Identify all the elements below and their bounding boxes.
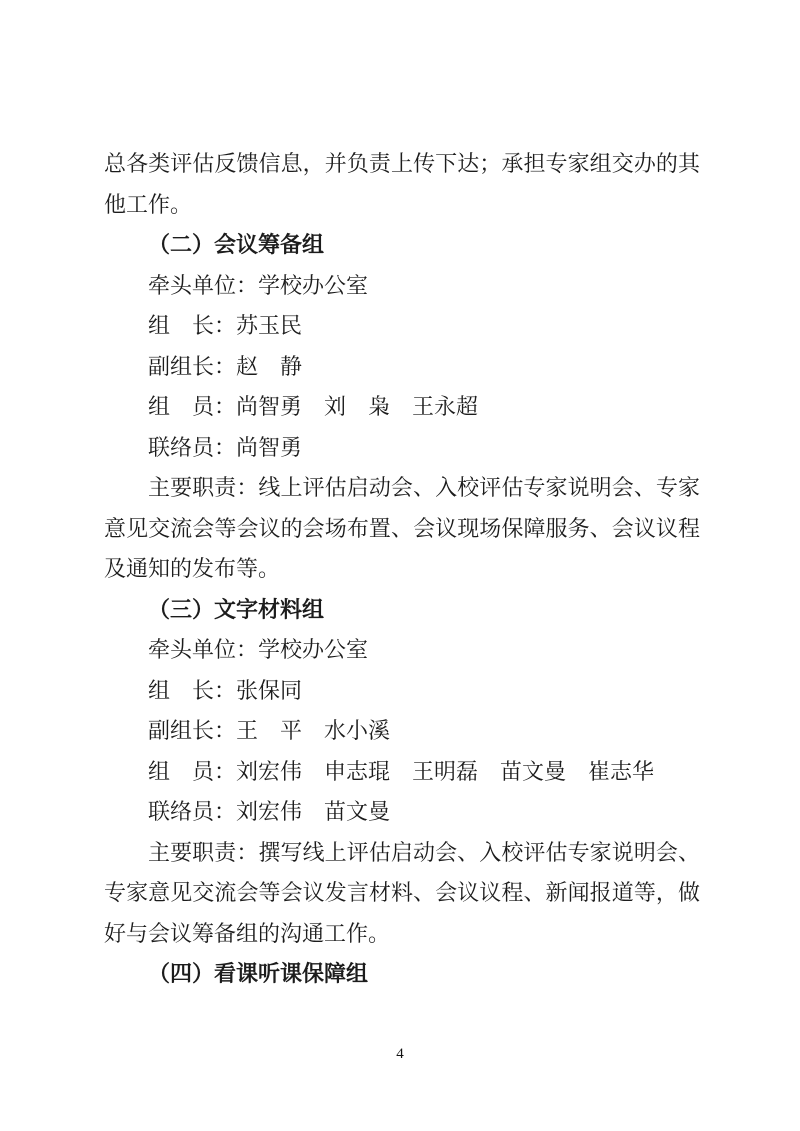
document-page: 总各类评估反馈信息，并负责上传下达；承担专家组交办的其他工作。（二）会议筹备组牵… bbox=[0, 0, 800, 1131]
paragraph: 副组长：王 平 水小溪 bbox=[104, 711, 700, 752]
paragraph: 组 员：尚智勇 刘 枭 王永超 bbox=[104, 387, 700, 428]
paragraph: 副组长：赵 静 bbox=[104, 347, 700, 388]
paragraph: 主要职责：线上评估启动会、入校评估专家说明会、专家意见交流会等会议的会场布置、会… bbox=[104, 468, 700, 590]
paragraph: 牵头单位：学校办公室 bbox=[104, 266, 700, 307]
paragraph: 组 长：张保同 bbox=[104, 671, 700, 712]
section-heading: （四）看课听课保障组 bbox=[104, 954, 700, 995]
paragraph: 组 长：苏玉民 bbox=[104, 306, 700, 347]
document-body: 总各类评估反馈信息，并负责上传下达；承担专家组交办的其他工作。（二）会议筹备组牵… bbox=[104, 144, 700, 995]
paragraph: 联络员：刘宏伟 苗文曼 bbox=[104, 792, 700, 833]
paragraph: 牵头单位：学校办公室 bbox=[104, 630, 700, 671]
section-heading: （三）文字材料组 bbox=[104, 590, 700, 631]
paragraph: 主要职责：撰写线上评估启动会、入校评估专家说明会、专家意见交流会等会议发言材料、… bbox=[104, 833, 700, 955]
paragraph: 总各类评估反馈信息，并负责上传下达；承担专家组交办的其他工作。 bbox=[104, 144, 700, 225]
paragraph: 组 员：刘宏伟 申志琨 王明磊 苗文曼 崔志华 bbox=[104, 752, 700, 793]
page-number: 4 bbox=[0, 1044, 800, 1064]
paragraph: 联络员：尚智勇 bbox=[104, 428, 700, 469]
section-heading: （二）会议筹备组 bbox=[104, 225, 700, 266]
